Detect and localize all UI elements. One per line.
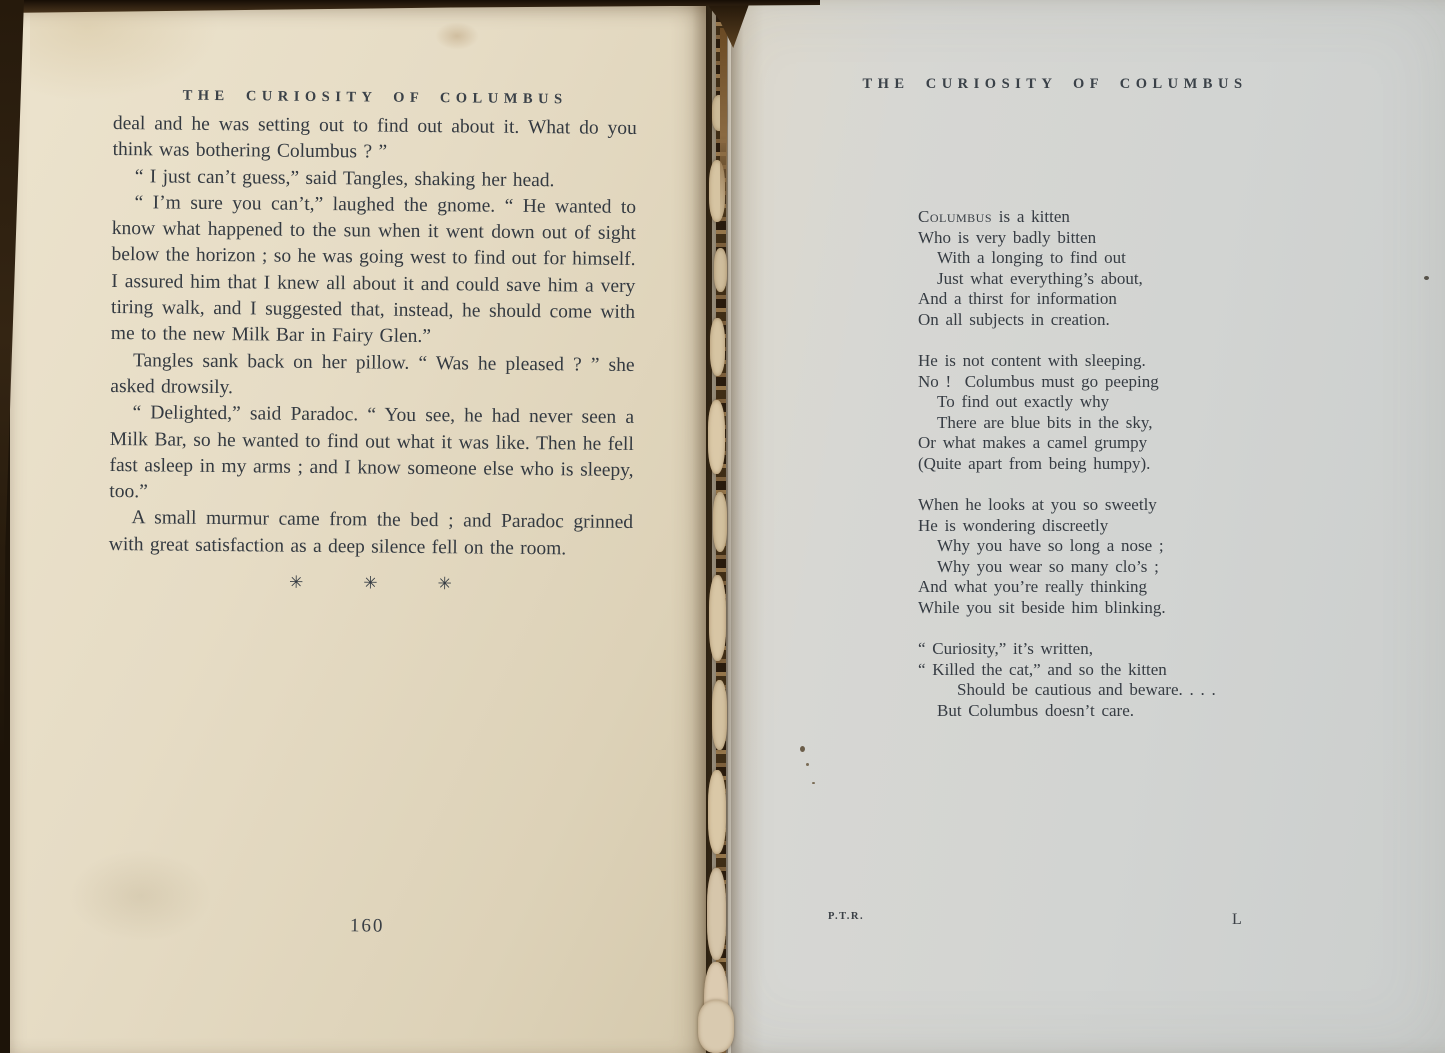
- torn-paper-fragment: [709, 575, 726, 661]
- poem-line: With a longing to find out: [918, 248, 1348, 269]
- poem-line: Just what everything’s about,: [918, 269, 1348, 290]
- right-page: THE CURIOSITY OF COLUMBUS Columbus is a …: [712, 0, 1445, 1053]
- prose-paragraph: “ I’m sure you can’t,” laughed the gnome…: [111, 190, 636, 353]
- prose-paragraph: Tangles sank back on her pillow. “ Was h…: [110, 348, 634, 406]
- gathering-letter: L: [1232, 911, 1242, 929]
- left-running-head: THE CURIOSITY OF COLUMBUS: [113, 87, 637, 109]
- asterisk-glyph: ✳: [289, 575, 303, 592]
- section-break-asterisks: ✳✳✳: [108, 573, 632, 595]
- torn-paper-fragment: [712, 680, 727, 750]
- left-page: THE CURIOSITY OF COLUMBUS deal and he wa…: [10, 6, 706, 1053]
- asterisk-glyph: ✳: [437, 576, 451, 593]
- poem-stanza: When he looks at you so sweetlyHe is won…: [918, 495, 1348, 618]
- poem-line: “ Killed the cat,” and so the kitten: [918, 660, 1348, 681]
- poem-stanza: Columbus is a kittenWho is very badly bi…: [918, 207, 1348, 330]
- torn-paper-fragment: [713, 492, 727, 552]
- poem-line: “ Curiosity,” it’s written,: [918, 639, 1348, 660]
- poem-line: He is not content with sleeping.: [918, 351, 1348, 372]
- page-edge-highlight: [728, 0, 731, 1053]
- poem-line: Or what makes a camel grumpy: [918, 433, 1348, 454]
- left-page-content: THE CURIOSITY OF COLUMBUS deal and he wa…: [0, 4, 706, 1053]
- dust-speck: [812, 782, 815, 784]
- left-page-prose: deal and he was setting out to find out …: [108, 111, 637, 595]
- poem-line: While you sit beside him blinking.: [918, 598, 1348, 619]
- poem-line: Columbus is a kitten: [918, 207, 1348, 228]
- printer-signature: P.T.R.: [828, 911, 864, 922]
- poem-line: No ! Columbus must go peeping: [918, 372, 1348, 393]
- poem-stanza: He is not content with sleeping.No ! Col…: [918, 351, 1348, 474]
- poem-line: Should be cautious and beware. . . .: [918, 680, 1348, 701]
- poem-line: To find out exactly why: [918, 392, 1348, 413]
- torn-paper-fragment: [698, 1000, 734, 1053]
- poem-line: Why you have so long a nose ;: [918, 536, 1348, 557]
- poem-line: And what you’re really thinking: [918, 577, 1348, 598]
- poem-stanza: “ Curiosity,” it’s written,“ Killed the …: [918, 639, 1348, 721]
- book-gutter: [692, 0, 764, 1053]
- dust-speck: [806, 763, 809, 766]
- open-book-photo: THE CURIOSITY OF COLUMBUS deal and he wa…: [0, 0, 1445, 1053]
- torn-paper-fragment: [707, 868, 726, 960]
- dust-speck: [800, 746, 805, 752]
- spine-shadow-wedge: [696, 0, 758, 48]
- torn-paper-fragment: [708, 400, 725, 474]
- left-page-number: 160: [105, 913, 629, 940]
- prose-paragraph: A small murmur came from the bed ; and P…: [109, 505, 633, 563]
- asterisk-glyph: ✳: [363, 575, 377, 592]
- prose-paragraph: deal and he was setting out to find out …: [112, 111, 636, 169]
- binding-glue-streak: [720, 28, 727, 223]
- poem-line: But Columbus doesn’t care.: [918, 701, 1348, 722]
- poem-line: Who is very badly bitten: [918, 228, 1348, 249]
- right-running-head: THE CURIOSITY OF COLUMBUS: [712, 76, 1398, 93]
- poem-line: When he looks at you so sweetly: [918, 495, 1348, 516]
- poem-line: And a thirst for information: [918, 289, 1348, 310]
- poem-line: On all subjects in creation.: [918, 310, 1348, 331]
- poem-line: (Quite apart from being humpy).: [918, 454, 1348, 475]
- torn-paper-fragment: [708, 770, 726, 854]
- torn-paper-fragment: [714, 248, 727, 292]
- torn-paper-fragment: [710, 318, 725, 376]
- poem-line: Why you wear so many clo’s ;: [918, 557, 1348, 578]
- prose-paragraph: “ Delighted,” said Paradoc. “ You see, h…: [109, 400, 634, 510]
- dust-speck: [1424, 276, 1429, 280]
- poem-line: He is wondering discreetly: [918, 516, 1348, 537]
- poem: Columbus is a kittenWho is very badly bi…: [918, 207, 1348, 742]
- poem-line: There are blue bits in the sky,: [918, 413, 1348, 434]
